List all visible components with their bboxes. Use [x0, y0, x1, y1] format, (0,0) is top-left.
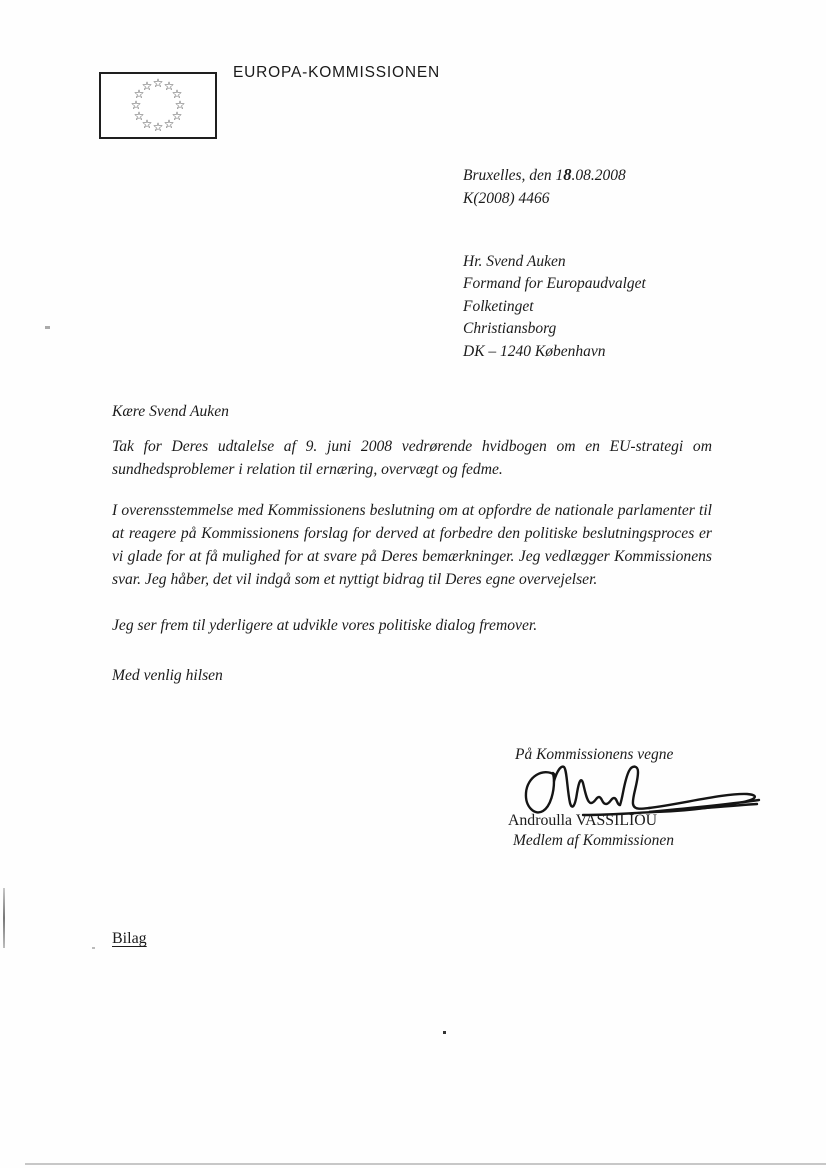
scan-artifact-line [25, 1163, 826, 1165]
scanned-letter-page: ☆ ☆ ☆ ☆ ☆ ☆ ☆ ☆ ☆ ☆ ☆ ☆ EUROPA-KOMMISSIO… [0, 0, 826, 1168]
paragraph: Jeg ser frem til yderligere at udvikle v… [112, 614, 712, 637]
recipient-line: Christiansborg [463, 318, 646, 340]
recipient-line: DK – 1240 København [463, 341, 646, 363]
eu-star-icon: ☆ [164, 118, 175, 130]
signatory-name: Androulla VASSILIOU [508, 812, 657, 830]
recipient-line: Hr. Svend Auken [463, 251, 646, 273]
scan-artifact-line [3, 888, 5, 948]
eu-star-icon: ☆ [142, 80, 153, 92]
recipient-address: Hr. Svend Auken Formand for Europaudvalg… [463, 251, 646, 363]
attachment-label: Bilag [112, 930, 147, 948]
eu-star-icon: ☆ [153, 121, 164, 133]
paragraph: I overensstemmelse med Kommissionens bes… [112, 499, 712, 591]
salutation: Kære Svend Auken [112, 400, 712, 423]
organization-title: EUROPA-KOMMISSIONEN [233, 64, 440, 82]
recipient-line: Folketinget [463, 296, 646, 318]
eu-star-icon: ☆ [153, 77, 164, 89]
reference-number: K(2008) 4466 [463, 187, 626, 210]
eu-flag-logo: ☆ ☆ ☆ ☆ ☆ ☆ ☆ ☆ ☆ ☆ ☆ ☆ [99, 72, 217, 139]
on-behalf-line: På Kommissionens vegne [515, 746, 673, 764]
overwritten-digit: 8 [563, 165, 571, 184]
scan-artifact-dot [92, 947, 95, 949]
closing-phrase: Med venlig hilsen [112, 664, 712, 687]
paragraph: Tak for Deres udtalelse af 9. juni 2008 … [112, 435, 712, 481]
scan-artifact-dot [45, 326, 50, 329]
recipient-line: Formand for Europaudvalget [463, 273, 646, 295]
scan-artifact-dot [443, 1031, 446, 1034]
date-reference-block: Bruxelles, den 18.08.2008 K(2008) 4466 [463, 163, 626, 210]
date-line: Bruxelles, den 18.08.2008 [463, 163, 626, 187]
signatory-title: Medlem af Kommissionen [513, 832, 674, 850]
